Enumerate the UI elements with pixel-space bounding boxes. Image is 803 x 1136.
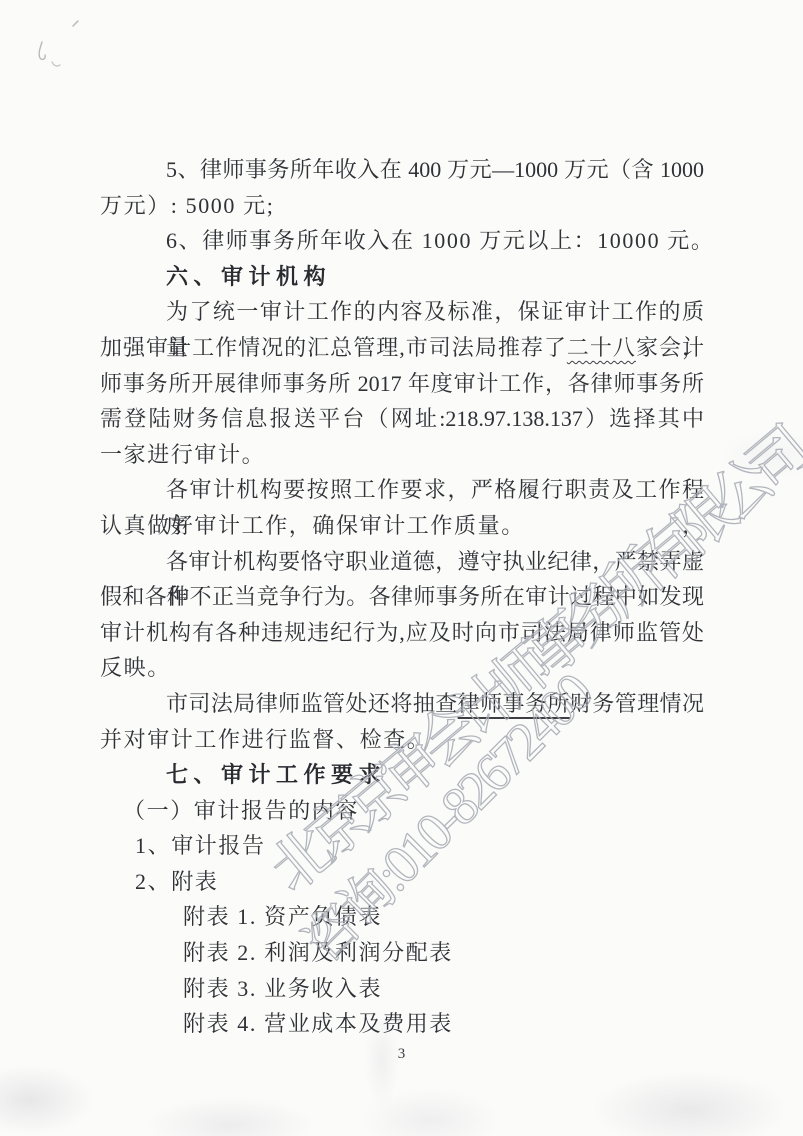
doc-line: 加强审计工作情况的汇总管理,市司法局推荐了二十八家会计 [100,330,704,366]
doc-line: 2、附表 [100,864,704,900]
doc-text: 加强审计工作情况的汇总管理,市司法局推荐了 [100,335,567,360]
doc-line: 一家进行审计。 [100,437,704,473]
wavy-underlined-text: 二十八 [567,335,636,360]
doc-line: 需登陆财务信息报送平台（网址:218.97.138.137）选择其中 [100,401,704,437]
doc-text: 市司法局律师监管处还将抽查 [166,691,458,716]
doc-line: 假和各种不正当竞争行为。各律师事务所在审计过程中如发现 [100,579,704,615]
doc-line: 为了统一审计工作的内容及标准，保证审计工作的质量， [100,294,704,330]
doc-line: 审计机构有各种违规违纪行为,应及时向市司法局律师监管处 [100,615,704,651]
doc-line: 附表 4. 营业成本及费用表 [100,1006,704,1042]
doc-line: 附表 3. 业务收入表 [100,971,704,1007]
document-body: 5、律师事务所年收入在 400 万元—1000 万元（含 1000 万元）: 5… [100,152,704,1042]
doc-line: 1、审计报告 [100,828,704,864]
doc-line: 6、律师事务所年收入在 1000 万元以上：10000 元。 [100,223,704,259]
doc-line: 附表 2. 利润及利润分配表 [100,935,704,971]
doc-line: 师事务所开展律师事务所 2017 年度审计工作，各律师事务所 [100,366,704,402]
doc-line: （一）审计报告的内容 [100,793,704,829]
doc-line: 市司法局律师监管处还将抽查律师事务所财务管理情况 [100,686,704,722]
pen-scratch-marks [28,18,98,78]
doc-line: 附表 1. 资产负债表 [100,899,704,935]
doc-line: 反映。 [100,650,704,686]
page-number: 3 [0,1046,803,1063]
doc-line: 万元）: 5000 元; [100,188,704,224]
section-heading-7: 七、审计工作要求 [100,757,704,793]
doc-text: 家会计 [636,335,704,360]
underlined-text: 律师事务所 [458,691,570,716]
doc-line: 5、律师事务所年收入在 400 万元—1000 万元（含 1000 [100,152,704,188]
doc-text: 财务管理情况 [570,691,704,716]
doc-line: 并对审计工作进行监督、检查。 [100,722,704,758]
doc-line: 各审计机构要按照工作要求，严格履行职责及工作程序， [100,472,704,508]
doc-line: 各审计机构要恪守职业道德，遵守执业纪律，严禁弄虚作 [100,544,704,580]
scanned-document-page: 5、律师事务所年收入在 400 万元—1000 万元（含 1000 万元）: 5… [0,0,803,1136]
watermark-repeat-fragment: 北京 [778,334,803,462]
section-heading-6: 六、审计机构 [100,259,704,295]
